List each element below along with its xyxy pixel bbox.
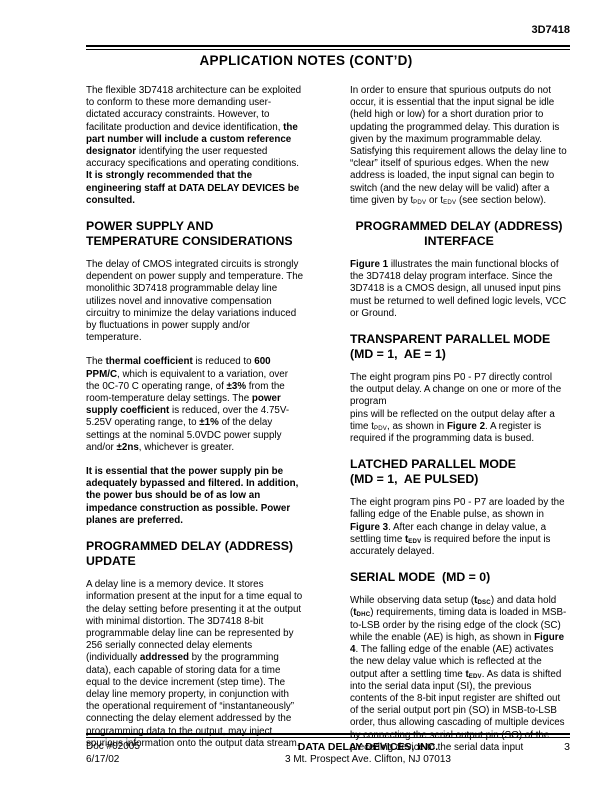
paragraph: The delay of CMOS integrated circuits is…: [86, 259, 304, 344]
datasheet-page: 3D7418 APPLICATION NOTES (CONT’D) The fl…: [0, 0, 612, 792]
footer-page-number: 3: [530, 741, 570, 754]
footer-company-block: DATA DELAY DEVICES, INC. 3 Mt. Prospect …: [206, 741, 530, 766]
paragraph: Figure 1 illustrates the main functional…: [350, 259, 568, 320]
paragraph: In order to ensure that spurious outputs…: [350, 85, 568, 207]
section-heading: POWER SUPPLY AND TEMPERATURE CONSIDERATI…: [86, 219, 304, 249]
footer-address: 3 Mt. Prospect Ave. Clifton, NJ 07013: [206, 754, 530, 767]
left-column: The flexible 3D7418 architecture can be …: [86, 85, 304, 766]
footer-doc-id: Doc #02005: [86, 741, 206, 754]
paragraph: It is essential that the power supply pi…: [86, 466, 304, 527]
page-title: APPLICATION NOTES (CONT’D): [0, 53, 612, 68]
paragraph: A delay line is a memory device. It stor…: [86, 579, 304, 750]
paragraph: The eight program pins P0 - P7 directly …: [350, 372, 568, 445]
section-heading: PROGRAMMED DELAY (ADDRESS) INTERFACE: [350, 219, 568, 249]
footer-company: DATA DELAY DEVICES, INC.: [206, 741, 530, 754]
footer-date: 6/17/02: [86, 754, 206, 767]
footer-rule: [86, 733, 570, 738]
doc-number: 3D7418: [531, 24, 570, 36]
paragraph: The thermal coefficient is reduced to 60…: [86, 356, 304, 454]
paragraph: While observing data setup (tDSC) and da…: [350, 595, 568, 754]
body-columns: The flexible 3D7418 architecture can be …: [86, 85, 568, 766]
paragraph: The eight program pins P0 - P7 are loade…: [350, 497, 568, 558]
paragraph: The flexible 3D7418 architecture can be …: [86, 85, 304, 207]
section-heading: SERIAL MODE (MD = 0): [350, 570, 568, 585]
header-rule: [86, 45, 570, 50]
section-heading: TRANSPARENT PARALLEL MODE (MD = 1, AE = …: [350, 332, 568, 362]
right-column: In order to ensure that spurious outputs…: [350, 85, 568, 766]
section-heading: PROGRAMMED DELAY (ADDRESS) UPDATE: [86, 539, 304, 569]
section-heading: LATCHED PARALLEL MODE (MD = 1, AE PULSED…: [350, 457, 568, 487]
footer: Doc #02005 6/17/02 DATA DELAY DEVICES, I…: [86, 741, 570, 766]
footer-doc-block: Doc #02005 6/17/02: [86, 741, 206, 766]
